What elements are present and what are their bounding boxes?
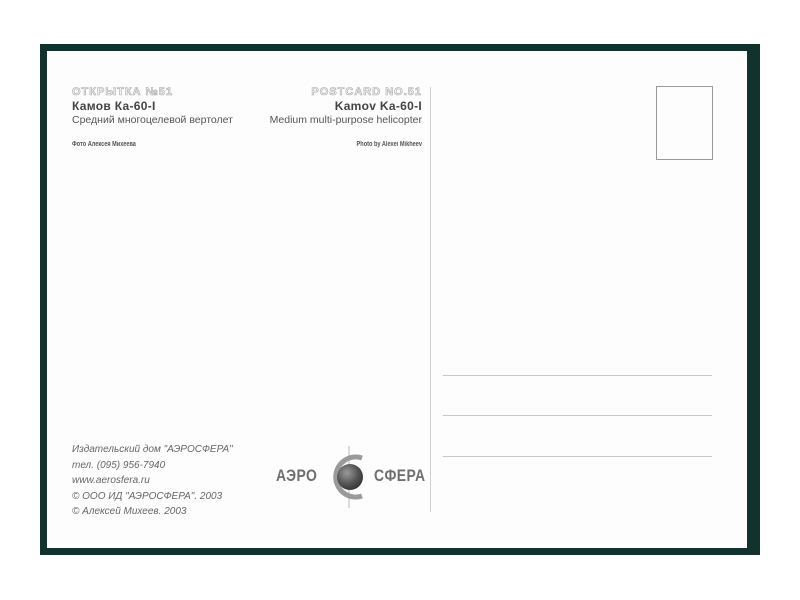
publisher-name: Издательский дом "АЭРОСФЕРА" [72, 442, 233, 458]
series-number-en: POSTCARD NO.51 [237, 86, 422, 99]
address-line [443, 415, 712, 416]
logo-text-right: СФЕРА [374, 466, 425, 486]
address-line [443, 456, 712, 457]
model-name-en: Kamov Ka-60-I [237, 99, 422, 113]
logo-text-left: АЭРО [276, 466, 317, 486]
address-line [443, 375, 712, 376]
globe-icon [324, 444, 374, 510]
publisher-phone: тел. (095) 956-7940 [72, 458, 233, 474]
publisher-website: www.aerosfera.ru [72, 473, 233, 489]
aerosfera-logo: АЭРО СФЕРА [274, 444, 424, 510]
russian-caption: ОТКРЫТКА №51 Камов Ка-60-I Средний много… [72, 86, 242, 148]
description-en: Medium multi-purpose helicopter [237, 113, 422, 127]
description-ru: Средний многоцелевой вертолет [72, 113, 242, 127]
publisher-info: Издательский дом "АЭРОСФЕРА" тел. (095) … [72, 442, 233, 520]
series-number-ru: ОТКРЫТКА №51 [72, 86, 242, 99]
photo-credit-en: Photo by Alexei Mikheev [274, 141, 422, 148]
photo-credit-ru: Фото Алексея Михеева [72, 141, 208, 148]
postcard-back: ОТКРЫТКА №51 Камов Ка-60-I Средний много… [47, 51, 747, 548]
publisher-copyright: © ООО ИД "АЭРОСФЕРА". 2003 [72, 489, 233, 505]
center-divider [430, 87, 431, 512]
model-name-ru: Камов Ка-60-I [72, 99, 242, 113]
stamp-box [656, 86, 713, 160]
photo-copyright: © Алексей Михеев. 2003 [72, 504, 233, 520]
english-caption: POSTCARD NO.51 Kamov Ka-60-I Medium mult… [237, 86, 422, 148]
